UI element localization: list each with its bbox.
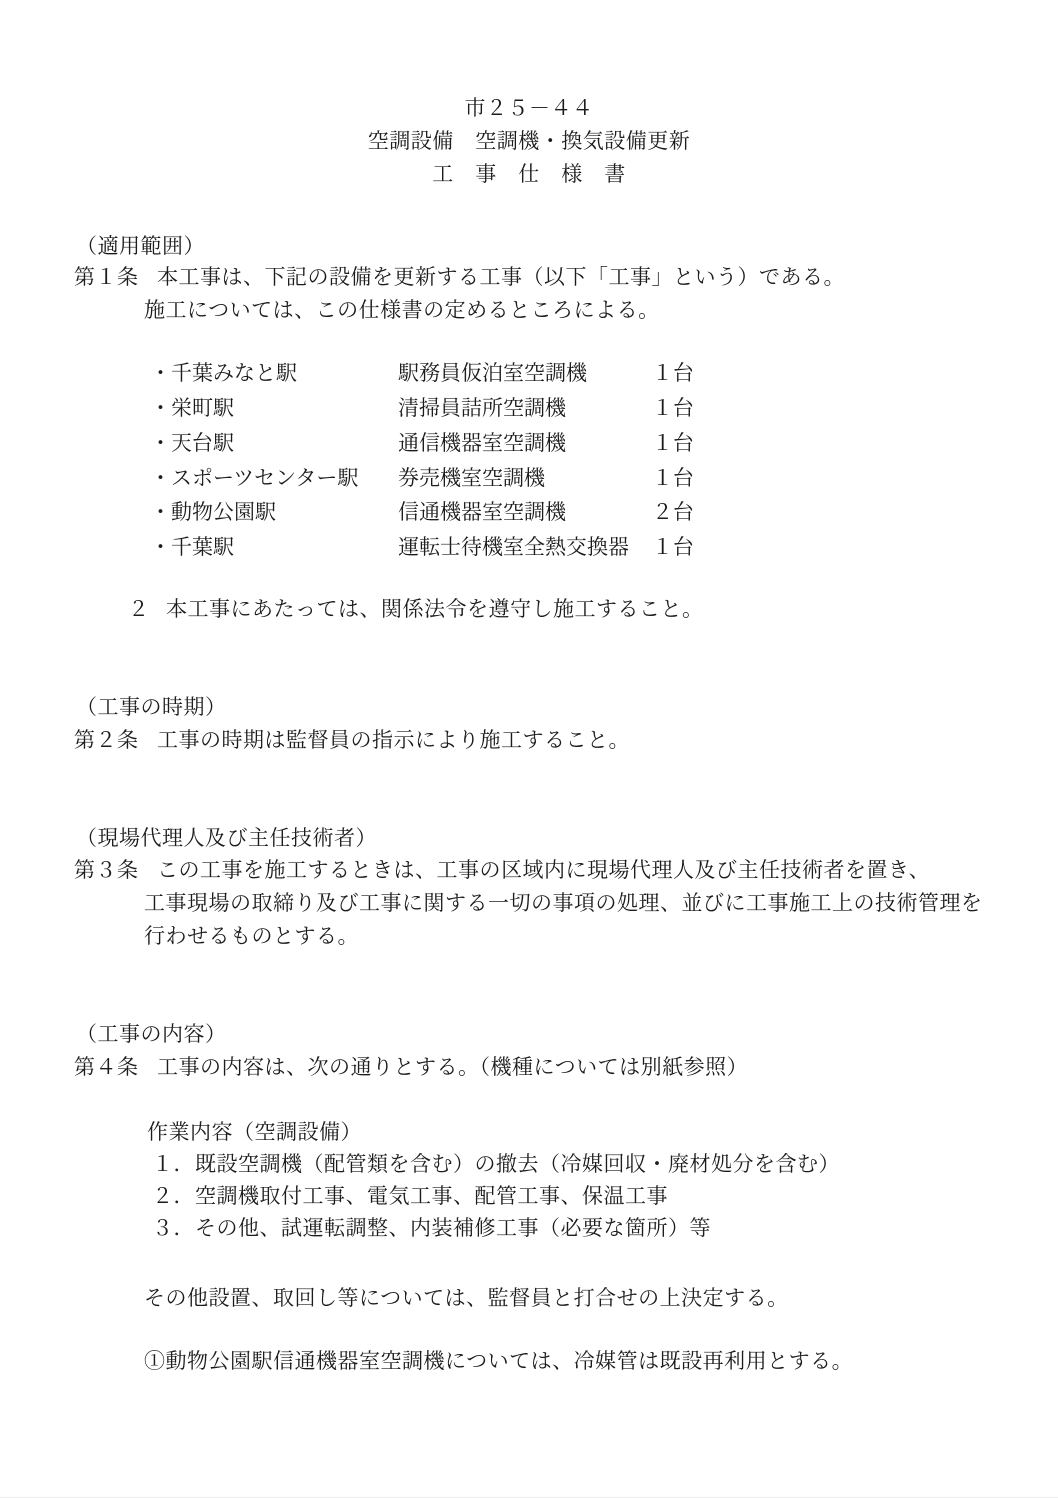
page-title: 工 事 仕 様 書	[0, 162, 1058, 186]
station-row: ・動物公園駅 信通機器室空調機 ２台	[0, 500, 1058, 526]
article-3-continuation-2: 行わせるものとする。	[144, 924, 359, 948]
document-page: 市２５－４４ 空調設備 空調機・換気設備更新 工 事 仕 様 書 （適用範囲） …	[0, 0, 1058, 1498]
station-count: １台	[652, 466, 694, 490]
work-item: １．既設空調機（配管類を含む）の撤去（冷媒回収・廃材処分を含む）	[152, 1152, 840, 1176]
station-row: ・千葉駅 運転士待機室全熱交換器 １台	[0, 535, 1058, 561]
station-name: ・栄町駅	[150, 396, 234, 420]
article-2-text: 工事の時期は監督員の指示により施工すること。	[157, 728, 630, 752]
station-equipment: 信通機器室空調機	[398, 500, 566, 524]
article-1-text: 本工事は、下記の設備を更新する工事（以下「工事」という）である。	[157, 265, 845, 289]
clause-2-text: 本工事にあたっては、関係法令を遵守し施工すること。	[166, 597, 704, 621]
work-item: ３．その他、試運転調整、内装補修工事（必要な箇所）等	[152, 1216, 711, 1240]
work-item: ２．空調機取付工事、電気工事、配管工事、保温工事	[152, 1184, 668, 1208]
doc-subtitle: 空調設備 空調機・換気設備更新	[0, 129, 1058, 153]
article-4-text: 工事の内容は、次の通りとする。（機種については別紙参照）	[157, 1055, 748, 1079]
station-row: ・栄町駅 清掃員詰所空調機 １台	[0, 396, 1058, 422]
article-1-continuation: 施工については、この仕様書の定めるところによる。	[144, 298, 660, 322]
work-note: その他設置、取回し等については、監督員と打合せの上決定する。	[144, 1286, 789, 1310]
station-count: １台	[652, 431, 694, 455]
station-equipment: 通信機器室空調機	[398, 431, 566, 455]
station-equipment: 清掃員詰所空調機	[398, 396, 566, 420]
station-name: ・千葉みなと駅	[150, 361, 297, 385]
station-count: １台	[652, 396, 694, 420]
section-heading-scope: （適用範囲）	[76, 234, 205, 258]
article-3-label: 第３条	[74, 858, 139, 882]
station-row: ・千葉みなと駅 駅務員仮泊室空調機 １台	[0, 361, 1058, 387]
station-equipment: 券売機室空調機	[398, 466, 545, 490]
station-equipment: 駅務員仮泊室空調機	[398, 361, 587, 385]
clause-2-number: ２	[128, 597, 150, 621]
article-2-label: 第２条	[74, 728, 139, 752]
article-3-continuation-1: 工事現場の取締り及び工事に関する一切の事項の処理、並びに工事施工上の技術管理を	[144, 891, 983, 915]
work-content-heading: 作業内容（空調設備）	[147, 1120, 362, 1144]
station-row: ・天台駅 通信機器室空調機 １台	[0, 431, 1058, 457]
doc-number: 市２５－４４	[0, 96, 1058, 120]
article-1-label: 第１条	[74, 265, 139, 289]
station-name: ・スポーツセンター駅	[150, 466, 358, 490]
article-4-label: 第４条	[74, 1055, 139, 1079]
work-note-circled-1: ①動物公園駅信通機器室空調機については、冷媒管は既設再利用とする。	[144, 1349, 853, 1373]
section-heading-agent: （現場代理人及び主任技術者）	[76, 826, 377, 850]
station-name: ・千葉駅	[150, 535, 234, 559]
article-3-text: この工事を施工するときは、工事の区域内に現場代理人及び主任技術者を置き、	[157, 858, 930, 882]
station-name: ・天台駅	[150, 431, 234, 455]
station-row: ・スポーツセンター駅 券売機室空調機 １台	[0, 466, 1058, 492]
station-equipment: 運転士待機室全熱交換器	[398, 535, 629, 559]
section-heading-content: （工事の内容）	[76, 1022, 227, 1046]
station-count: １台	[652, 535, 694, 559]
section-heading-timing: （工事の時期）	[76, 695, 227, 719]
station-count: １台	[652, 361, 694, 385]
station-count: ２台	[652, 500, 694, 524]
station-name: ・動物公園駅	[150, 500, 276, 524]
